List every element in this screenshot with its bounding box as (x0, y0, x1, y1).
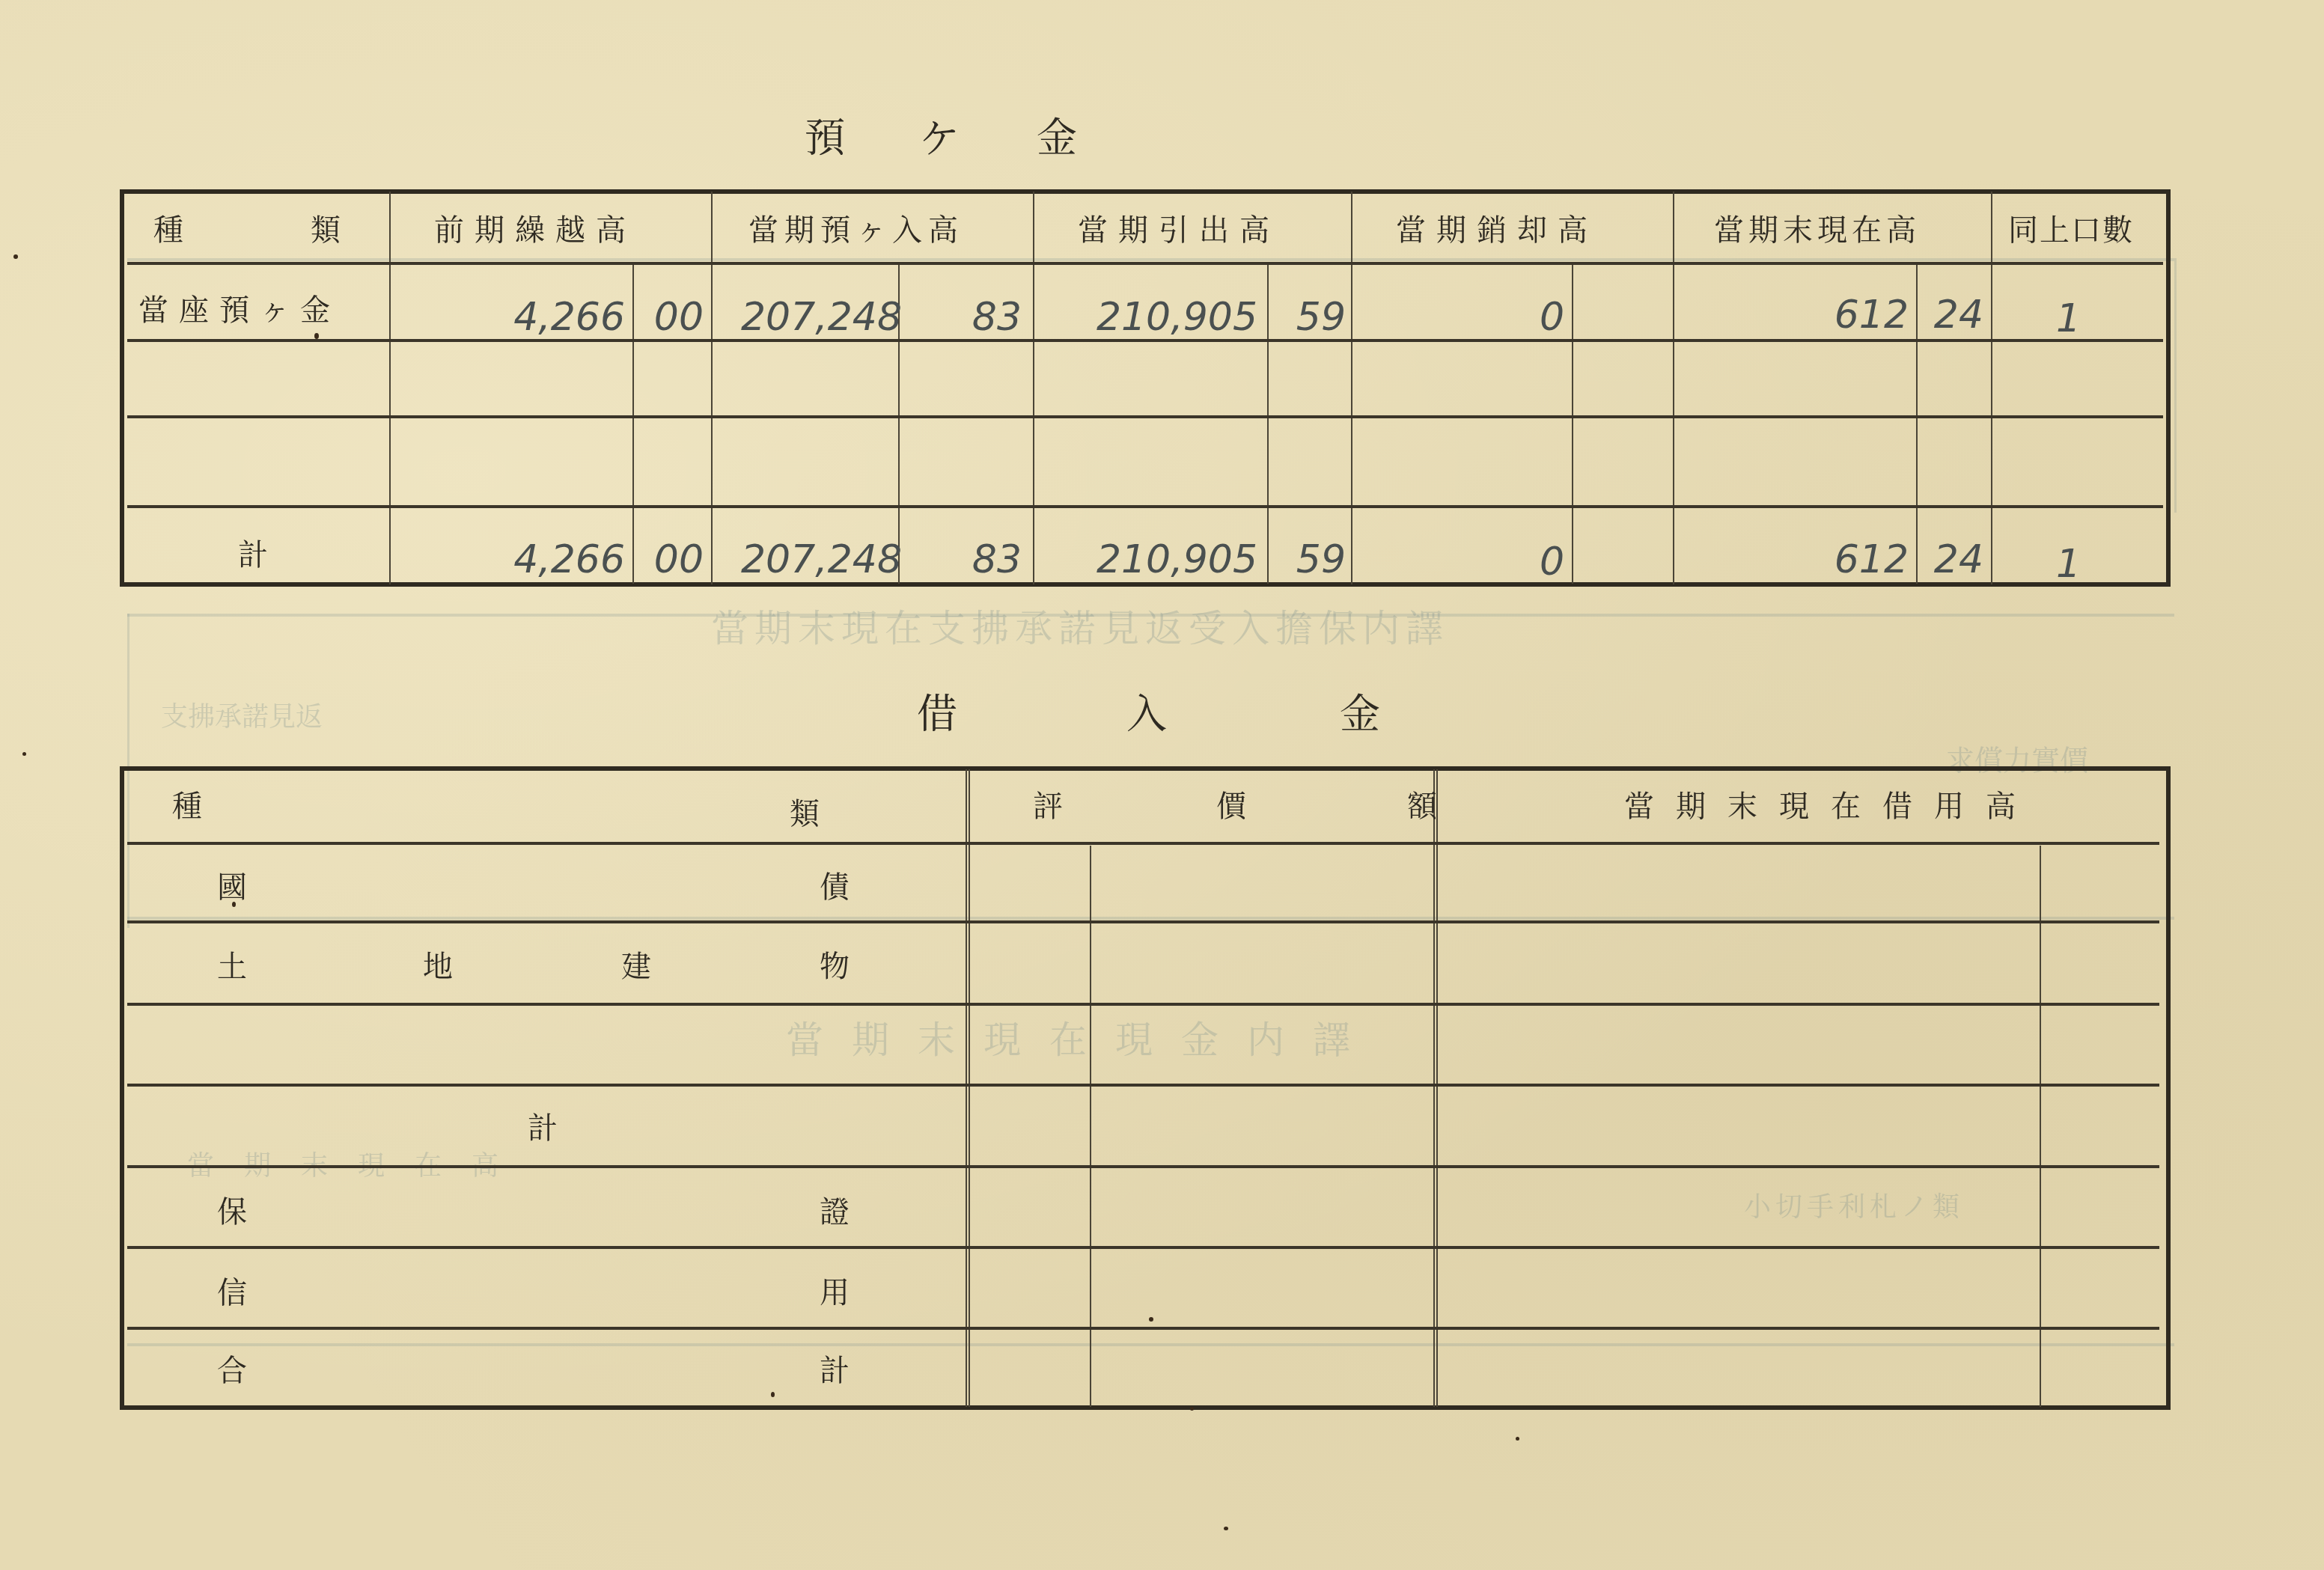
header-balance: 當期末現在高 (1714, 216, 1921, 245)
sen-divider (1572, 263, 1573, 584)
header-valuation-1: 評 (1033, 792, 1063, 822)
ghost-label-3: 求償力實價 (1946, 737, 2088, 778)
borrowings-table-right-border (2166, 766, 2171, 1410)
total-written-off-yen: 0 (1422, 543, 1564, 581)
total-label: 計 (238, 540, 268, 570)
row-label-char: 證 (820, 1197, 850, 1227)
total-withdrawn-sen: 59 (1271, 540, 1346, 579)
borrowings-table-bottom-border (120, 1405, 2171, 1410)
borrowings-table-top-border (120, 766, 2171, 771)
header-accounts: 同上口數 (2008, 216, 2134, 245)
row-label-char: 信 (217, 1278, 247, 1308)
total-deposited-yen: 207,248 (741, 540, 891, 579)
header-type-right: 類 (790, 799, 820, 829)
row-line (127, 920, 2159, 923)
row-label-char: 土 (217, 952, 247, 982)
document-page: 當期末現在支拂承諾見返受入擔保内譯 當期末現在現金内譯 支拂承諾見返 當期末現在… (0, 0, 2324, 1570)
withdrawn-yen: 210,905 (1063, 298, 1257, 337)
row-label-char: 建 (621, 952, 651, 982)
speck (1516, 1437, 1519, 1441)
deposits-table-bottom-border (120, 582, 2171, 587)
row-label-char: 合 (217, 1356, 247, 1386)
row-line (127, 262, 2163, 265)
header-carried-forward: 前期繰越高 (434, 216, 636, 245)
speck (314, 333, 319, 339)
ghost-frame-left (127, 614, 129, 928)
header-valuation-3: 額 (1407, 792, 1437, 822)
total-carried-forward-yen: 4,266 (442, 540, 625, 579)
deposits-title-char-3: 金 (1037, 118, 1077, 159)
row-line (127, 1084, 2159, 1087)
col-divider (389, 192, 391, 584)
ghost-frame-low (127, 1343, 2174, 1346)
speck (1190, 1407, 1194, 1411)
row-line (127, 1165, 2159, 1168)
speck (1149, 1317, 1153, 1322)
ghost-label-1: 支拂承諾見返 (161, 696, 323, 734)
row-label-char: 計 (820, 1356, 850, 1386)
deposits-table-right-border (2166, 189, 2171, 587)
total-carried-forward-sen: 00 (636, 540, 704, 579)
col-divider (1351, 192, 1352, 584)
header-valuation-2: 價 (1216, 792, 1246, 822)
total-deposited-sen: 83 (902, 540, 1022, 579)
row-label-char: 地 (423, 952, 453, 982)
borrowings-title-char-2: 入 (1126, 694, 1167, 735)
row-label-char: 債 (820, 873, 850, 902)
row-label-char: 物 (820, 952, 850, 982)
col-divider (1033, 192, 1034, 584)
ghost-title-2: 當期末現在現金内譯 (786, 1010, 1379, 1064)
col-divider (711, 192, 713, 584)
ghost-frame-mid (127, 614, 2174, 617)
header-withdrawn: 當期引出高 (1078, 216, 1280, 245)
borrowings-title-char-1: 借 (917, 694, 957, 735)
row-type-label: 當座預ヶ金 (138, 296, 341, 326)
header-type: 種 類 (153, 216, 363, 245)
speck (1224, 1527, 1228, 1530)
header-borrowed-balance: 當期末現在借用高 (1624, 792, 2037, 822)
deposits-title-char-1: 預 (805, 118, 845, 159)
deposits-title-char-2: ケ (919, 120, 960, 160)
row-line (127, 842, 2159, 845)
speck (22, 752, 26, 756)
row-line (127, 1327, 2159, 1330)
row-label-char: 計 (528, 1114, 558, 1143)
ghost-label-4: 小切手利札ノ類 (1744, 1186, 1964, 1224)
col-divider (966, 769, 967, 1407)
header-type-left: 種 (172, 792, 202, 822)
col-divider (1991, 192, 1992, 584)
row-label-char: 國 (217, 873, 247, 902)
header-written-off: 當期銷却高 (1396, 216, 1598, 245)
ghost-frame-top (127, 258, 2174, 261)
sen-divider (1267, 263, 1269, 584)
row-line (127, 415, 2163, 418)
row-line (127, 1003, 2159, 1006)
speck (13, 254, 18, 259)
ghost-frame-mid2 (127, 917, 2174, 920)
row-line (127, 505, 2163, 508)
col-divider (1433, 769, 1435, 1407)
total-withdrawn-yen: 210,905 (1063, 540, 1257, 579)
header-deposited: 當期預ヶ入高 (748, 216, 964, 245)
ghost-frame-right (2174, 258, 2177, 513)
carried-forward-yen: 4,266 (442, 298, 625, 337)
ghost-title-1: 當期末現在支拂承諾見返受入擔保内譯 (711, 599, 1449, 653)
row-label-char: 用 (820, 1278, 850, 1308)
balance-sen: 24 (1920, 296, 1983, 335)
total-balance-sen: 24 (1920, 540, 1983, 579)
written-off-yen: 0 (1422, 298, 1564, 337)
total-balance-yen: 612 (1721, 540, 1909, 579)
sen-divider (632, 263, 634, 584)
sen-divider (2040, 846, 2041, 1407)
row-label-char: 保 (217, 1197, 247, 1227)
deposits-table-top-border (120, 189, 2171, 194)
borrowings-title-char-3: 金 (1340, 694, 1380, 735)
sen-divider (1916, 263, 1918, 584)
carried-forward-sen: 00 (636, 298, 704, 337)
row-line (127, 1246, 2159, 1249)
col-divider (1673, 192, 1674, 584)
deposited-yen: 207,248 (741, 298, 891, 337)
col-divider (969, 769, 970, 1407)
borrowings-table-left-border (120, 766, 124, 1410)
withdrawn-sen: 59 (1271, 298, 1346, 337)
sen-divider (1090, 846, 1091, 1407)
deposited-sen: 83 (902, 298, 1022, 337)
speck (771, 1392, 775, 1397)
speck (232, 902, 236, 907)
ghost-label-2: 當期末現在高 (187, 1145, 528, 1183)
deposits-table-left-border (120, 189, 124, 587)
balance-yen: 612 (1721, 296, 1909, 335)
total-accounts-count: 1 (2021, 545, 2081, 584)
col-divider (1436, 769, 1438, 1407)
accounts-count: 1 (2021, 299, 2081, 338)
